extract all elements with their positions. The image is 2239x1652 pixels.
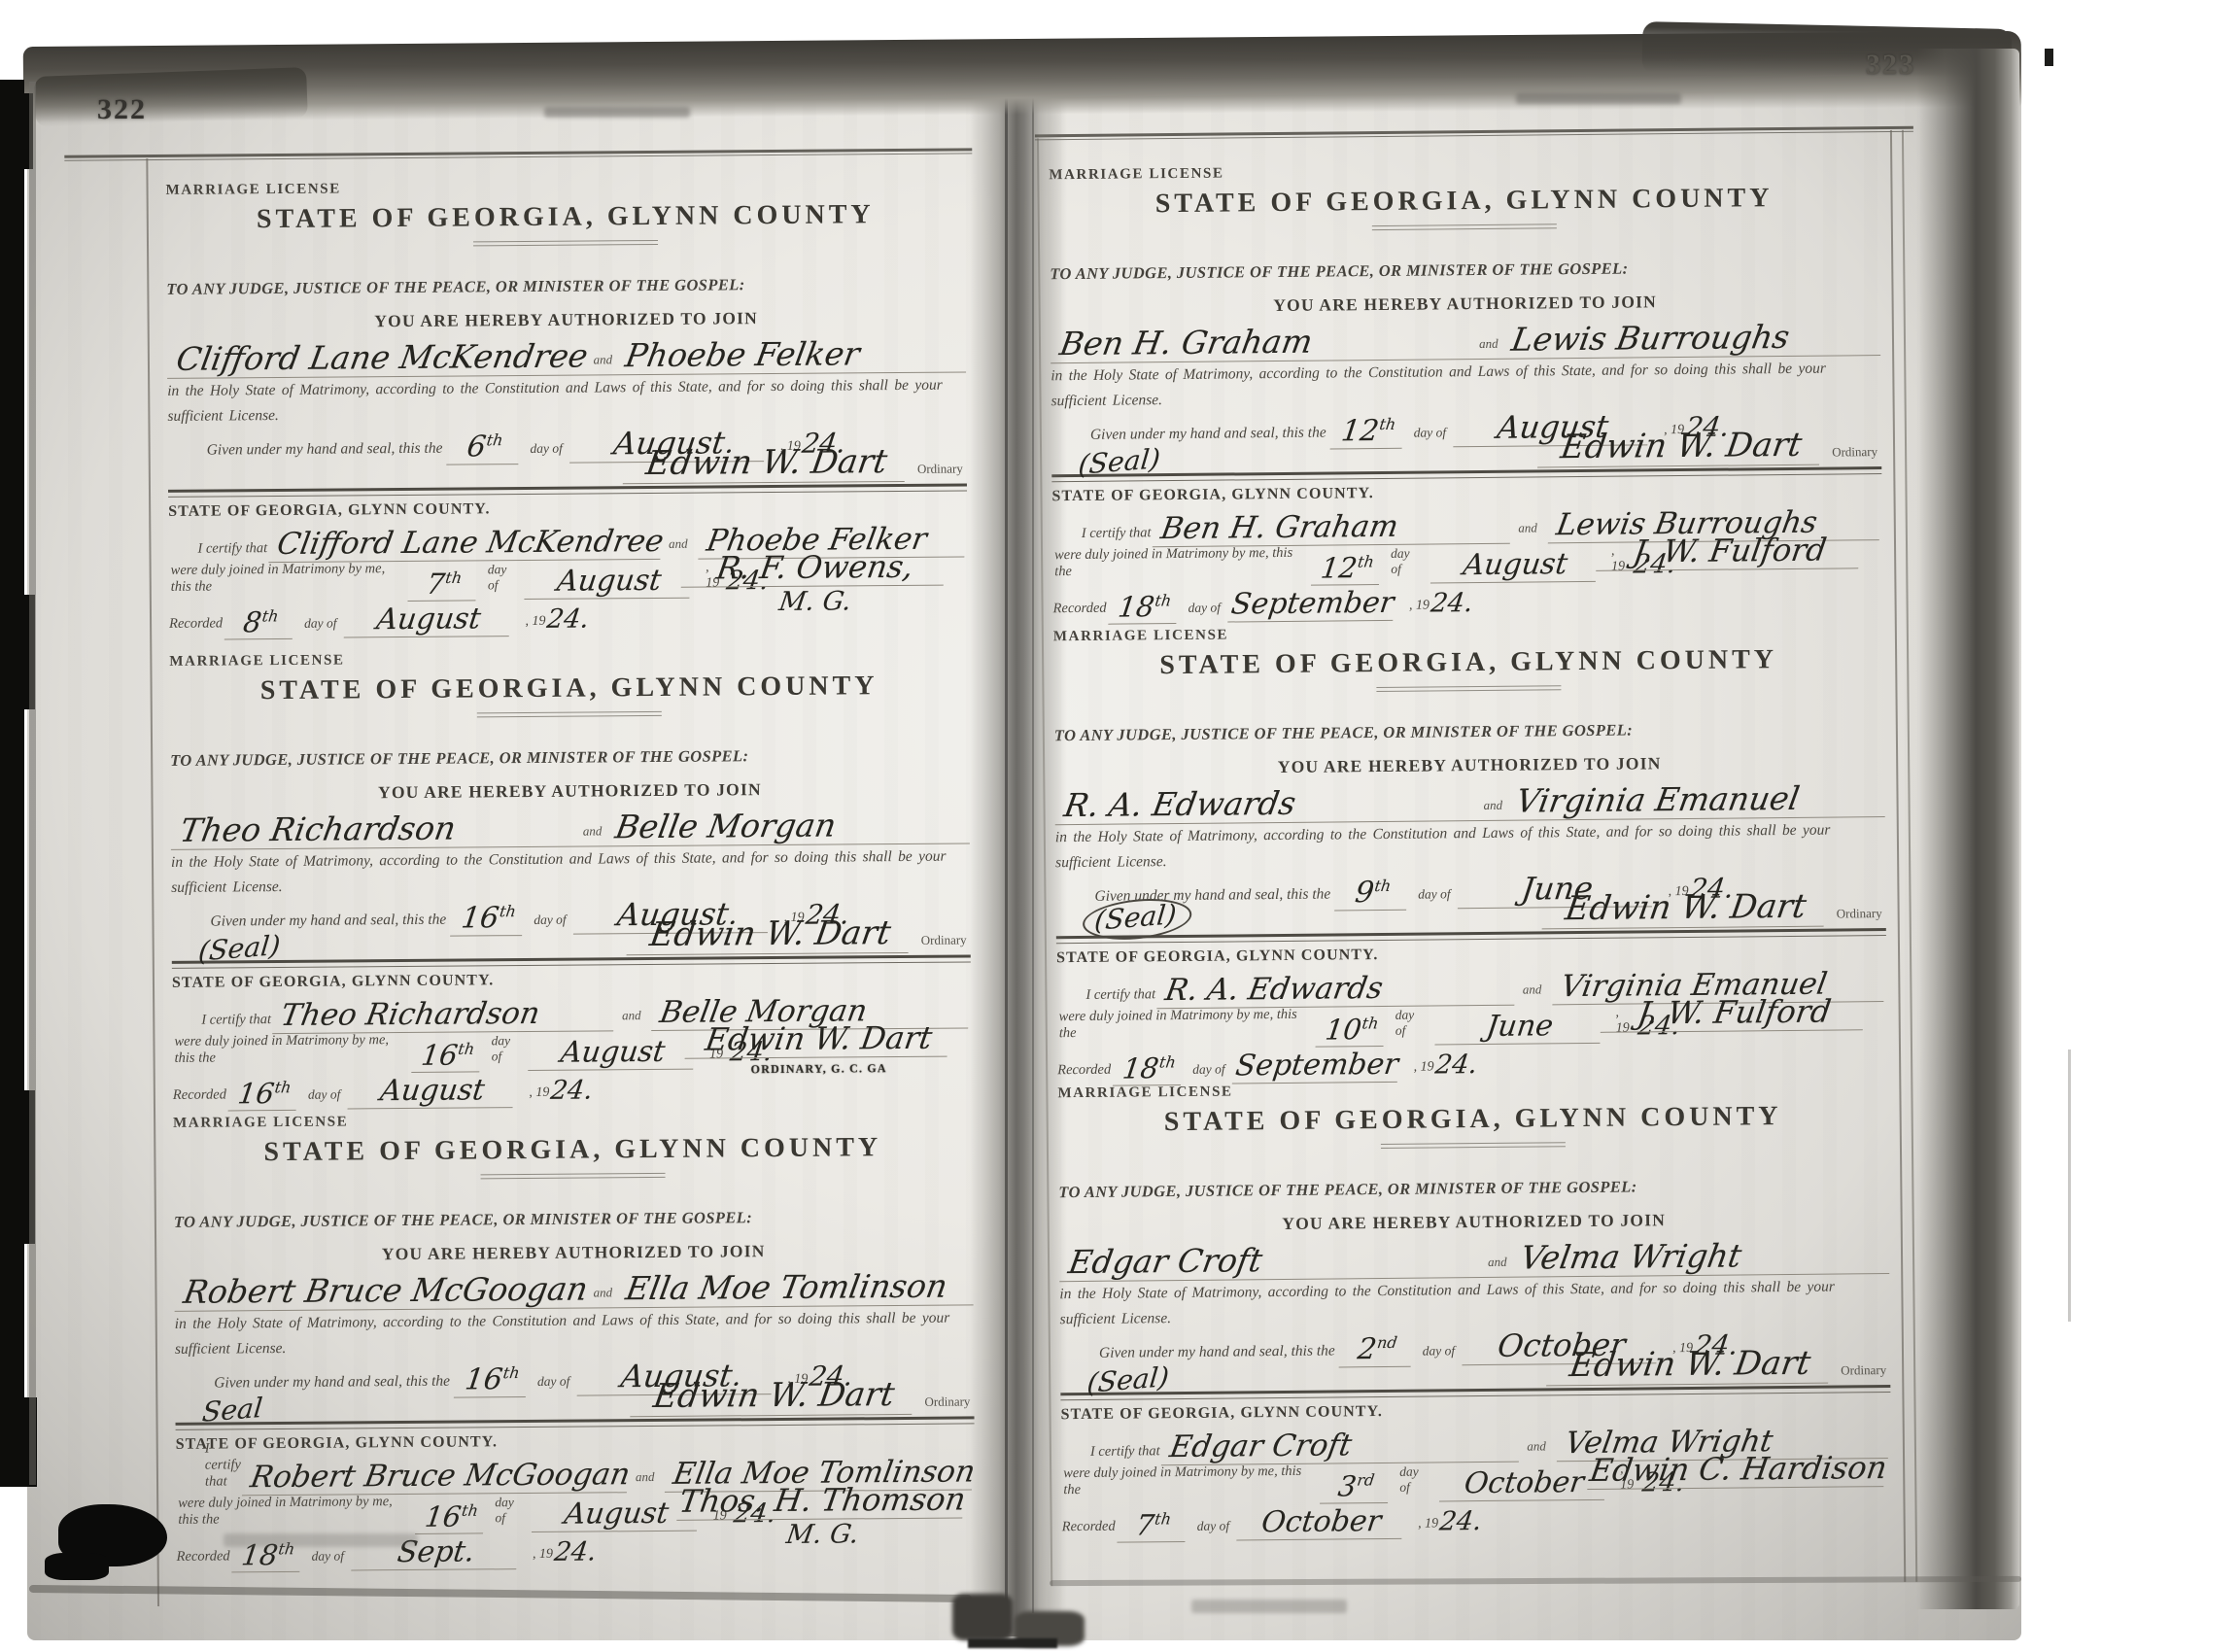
day-of-label: day of bbox=[1404, 425, 1457, 446]
groom-name: Clifford Lane McKendree bbox=[164, 336, 591, 377]
recorded-month: August bbox=[344, 602, 514, 637]
license-record: MARRIAGE LICENSE STATE OF GEORGIA, GLYNN… bbox=[173, 1109, 976, 1569]
seal-note: (Seal) bbox=[197, 929, 282, 967]
recorded-day-of-label: day of bbox=[1188, 1518, 1240, 1539]
heading-rule bbox=[473, 240, 658, 246]
officiant-stamp bbox=[672, 1552, 974, 1554]
officiant-signature: Thos. H. Thomson bbox=[676, 1480, 968, 1520]
groom-name: Robert Bruce McGoogan bbox=[171, 1270, 591, 1311]
heading-rule bbox=[481, 1173, 666, 1179]
ordinary-signature: Edwin W. Dart bbox=[630, 1375, 917, 1417]
state-county-heading: STATE OF GEORGIA, GLYNN COUNTY bbox=[166, 198, 965, 235]
couple-names-line: Robert Bruce McGoogan and Ella Moe Tomli… bbox=[174, 1261, 973, 1311]
faint-stamp-smudge-left bbox=[224, 1533, 418, 1547]
recorded-year: 24. bbox=[1430, 588, 1475, 618]
right-page-number: 323 bbox=[1866, 49, 1915, 82]
bride-name: Velma Wright bbox=[1517, 1235, 1892, 1277]
license-day-suffix: th bbox=[1378, 415, 1396, 433]
married-day: 16th bbox=[411, 1038, 484, 1073]
married-day: 7th bbox=[408, 567, 481, 602]
officiant-credential: M. G. bbox=[663, 585, 969, 617]
heading-rule bbox=[1376, 685, 1561, 692]
bride-name: Lewis Burroughs bbox=[1508, 317, 1883, 359]
officiant-signature-block: R. F. Owens, M. G. bbox=[664, 547, 966, 621]
scan-corner-mark bbox=[2045, 49, 2053, 66]
couple-names-line: Clifford Lane McKendree and Phoebe Felke… bbox=[167, 328, 966, 378]
ordinary-signature: Edwin W. Dart bbox=[623, 442, 911, 484]
heading-rule bbox=[477, 711, 662, 717]
matrimony-clause: in the Holy State of Matrimony, accordin… bbox=[167, 376, 966, 399]
ordinary-label: Ordinary bbox=[1837, 906, 1882, 926]
section-label: MARRIAGE LICENSE bbox=[166, 176, 965, 198]
married-day-suffix: rd bbox=[1356, 1470, 1375, 1489]
license-day: 12th bbox=[1329, 414, 1406, 450]
state-county-heading: STATE OF GEORGIA, GLYNN COUNTY bbox=[170, 670, 969, 706]
recorded-month: October bbox=[1237, 1504, 1407, 1541]
officiant-stamp: ORDINARY, G. C. GA bbox=[669, 1060, 970, 1077]
faint-stamp-smudge-right bbox=[1191, 1600, 1347, 1613]
certified-groom-name: R. A. Edwards bbox=[1156, 970, 1520, 1010]
groom-name: R. A. Edwards bbox=[1051, 782, 1480, 824]
license-day-number: 9 bbox=[1353, 876, 1376, 910]
recorded-year: 24. bbox=[1434, 1050, 1480, 1080]
matrimony-clause: in the Holy State of Matrimony, accordin… bbox=[175, 1309, 974, 1332]
ordinary-label: Ordinary bbox=[1841, 1362, 1886, 1383]
joined-label: were duly joined in Matrimony by me, thi… bbox=[1052, 545, 1313, 586]
ordinary-signature: Edwin W. Dart bbox=[1542, 887, 1830, 930]
state-county-heading: STATE OF GEORGIA, GLYNN COUNTY bbox=[173, 1131, 972, 1168]
license-day-number: 16 bbox=[463, 1362, 504, 1396]
certify-label: I certify that bbox=[1056, 986, 1159, 1010]
matrimony-clause: in the Holy State of Matrimony, accordin… bbox=[1055, 821, 1885, 846]
certified-groom-name: Clifford Lane McKendree bbox=[268, 524, 666, 563]
license-day: 16th bbox=[450, 901, 527, 937]
certificate-heading: STATE OF GEORGIA, GLYNN COUNTY. bbox=[176, 1429, 975, 1453]
recorded-day: 8th bbox=[224, 605, 297, 640]
married-day-number: 12 bbox=[1319, 551, 1359, 584]
ordinary-signature: Edwin W. Dart bbox=[627, 913, 914, 955]
state-county-heading: STATE OF GEORGIA, GLYNN COUNTY bbox=[1049, 182, 1878, 221]
right-page: MARRIAGE LICENSE STATE OF GEORGIA, GLYNN… bbox=[1034, 72, 1931, 1626]
recorded-day: 16th bbox=[228, 1077, 301, 1112]
left-page-number: 322 bbox=[97, 93, 147, 126]
ordinary-label: Ordinary bbox=[1832, 444, 1877, 465]
scan-left-edge-line bbox=[29, 82, 36, 1485]
recorded-day-number: 18 bbox=[1117, 590, 1156, 623]
ordinary-label: Ordinary bbox=[917, 461, 963, 481]
bride-name: Phoebe Felker bbox=[623, 333, 969, 374]
seal-note: (Seal) bbox=[1077, 442, 1161, 481]
ordinary-signature-group: Edwin W. Dart Ordinary bbox=[630, 912, 967, 955]
recorded-year: 24. bbox=[1438, 1506, 1484, 1536]
married-day-number: 16 bbox=[420, 1039, 460, 1072]
bride-name: Virginia Emanuel bbox=[1513, 778, 1888, 820]
recorded-date-line: Recorded 7th day of October , 19 24. bbox=[1061, 1497, 1684, 1540]
certify-label: I certify that bbox=[1052, 525, 1155, 548]
recorded-label: Recorded bbox=[1062, 1519, 1119, 1541]
license-day-number: 16 bbox=[460, 901, 501, 935]
recorded-day-suffix: th bbox=[274, 1078, 293, 1096]
ordinary-signature-group: Edwin W. Dart Ordinary bbox=[633, 1374, 970, 1417]
recorded-month: August bbox=[348, 1073, 518, 1109]
recorded-label: Recorded bbox=[169, 615, 226, 637]
certified-groom-name: Edgar Croft bbox=[1160, 1427, 1524, 1466]
salutation-line: TO ANY JUDGE, JUSTICE OF THE PEACE, OR M… bbox=[170, 744, 969, 770]
heading-rule bbox=[1381, 1142, 1566, 1149]
recorded-day: 18th bbox=[1108, 590, 1181, 625]
officiant-signature-block: J. W. Fulford bbox=[1579, 531, 1880, 575]
state-county-heading: STATE OF GEORGIA, GLYNN COUNTY bbox=[1053, 643, 1883, 682]
ordinary-signature-group: Edwin W. Dart Ordinary bbox=[626, 441, 963, 484]
day-of-label: day of bbox=[528, 1374, 580, 1394]
seal-note: (Seal) bbox=[1085, 1360, 1170, 1399]
recorded-year-printed: , 19 bbox=[515, 1085, 549, 1106]
married-day-of-label: day of bbox=[1381, 545, 1432, 582]
married-month: August bbox=[1430, 547, 1601, 584]
section-label: MARRIAGE LICENSE bbox=[169, 647, 968, 670]
married-month: June bbox=[1434, 1009, 1604, 1046]
ordinary-signature: Edwin W. Dart bbox=[1546, 1344, 1834, 1387]
scan-bottom-left-blot-2 bbox=[45, 1553, 109, 1580]
recorded-day-number: 18 bbox=[1120, 1051, 1160, 1084]
day-of-label: day of bbox=[1408, 886, 1461, 908]
married-day-of-label: day of bbox=[1390, 1463, 1441, 1500]
recorded-day-number: 16 bbox=[236, 1077, 276, 1110]
couple-names-line: Theo Richardson and Belle Morgan bbox=[171, 800, 970, 849]
seal-note: Seal bbox=[201, 1392, 264, 1428]
married-day-number: 16 bbox=[423, 1500, 463, 1533]
and-label: and bbox=[1482, 1255, 1521, 1277]
left-page-top-rule bbox=[64, 148, 972, 160]
recorded-day-of-label: day of bbox=[1179, 600, 1231, 621]
and-label: and bbox=[1473, 336, 1512, 359]
license-day-number: 6 bbox=[465, 430, 488, 464]
matrimony-clause: in the Holy State of Matrimony, accordin… bbox=[1059, 1278, 1889, 1303]
recorded-day: 7th bbox=[1117, 1508, 1189, 1543]
scan-top-shadow-right bbox=[1641, 21, 2012, 82]
matrimony-clause: in the Holy State of Matrimony, accordin… bbox=[1051, 360, 1880, 385]
recorded-year: 24. bbox=[545, 603, 591, 634]
certify-and-label: and bbox=[616, 1008, 655, 1031]
couple-names-line: R. A. Edwards and Virginia Emanuel bbox=[1054, 774, 1884, 825]
salutation-line: TO ANY JUDGE, JUSTICE OF THE PEACE, OR M… bbox=[1058, 1175, 1888, 1202]
ordinary-label: Ordinary bbox=[921, 932, 967, 952]
day-of-label: day of bbox=[524, 912, 576, 933]
salutation-line: TO ANY JUDGE, JUSTICE OF THE PEACE, OR M… bbox=[166, 273, 965, 298]
license-record: MARRIAGE LICENSE STATE OF GEORGIA, GLYNN… bbox=[169, 647, 972, 1108]
recorded-year: 24. bbox=[553, 1536, 599, 1566]
recorded-year: 24. bbox=[549, 1075, 595, 1105]
scan-bottom-center-blot-3 bbox=[968, 1638, 1057, 1648]
recorded-day-of-label: day of bbox=[298, 1086, 351, 1107]
recorded-day-number: 7 bbox=[1134, 1508, 1156, 1541]
certified-groom-name: Robert Bruce McGoogan bbox=[242, 1457, 633, 1496]
couple-names-line: Edgar Croft and Velma Wright bbox=[1059, 1230, 1889, 1282]
license-day: 2nd bbox=[1338, 1332, 1415, 1368]
recorded-day-suffix: th bbox=[1158, 1052, 1177, 1071]
gutter-crease-line bbox=[1005, 58, 1008, 1623]
officiant-signature: Edwin C. Hardison bbox=[1588, 1449, 1890, 1490]
and-label: and bbox=[1478, 798, 1517, 820]
recorded-label: Recorded bbox=[173, 1086, 230, 1108]
certificate-heading: STATE OF GEORGIA, GLYNN COUNTY. bbox=[168, 497, 967, 520]
officiant-signature: J. W. Fulford bbox=[1601, 992, 1869, 1033]
ordinary-signature-group: Edwin W. Dart Ordinary bbox=[1549, 1343, 1886, 1386]
given-under-label: Given under my hand and seal, this the bbox=[171, 912, 452, 936]
recorded-label: Recorded bbox=[177, 1548, 234, 1569]
license-day-suffix: th bbox=[499, 902, 517, 920]
officiant-signature: Edwin W. Dart bbox=[685, 1019, 953, 1059]
license-record: MARRIAGE LICENSE STATE OF GEORGIA, GLYNN… bbox=[1053, 621, 1887, 1084]
officiant-signature: J. W. Fulford bbox=[1596, 531, 1864, 571]
officiant-signature-block: Edwin C. Hardison bbox=[1588, 1449, 1889, 1494]
matrimony-clause: in the Holy State of Matrimony, accordin… bbox=[171, 847, 970, 871]
officiant-stamp bbox=[665, 619, 966, 621]
and-label: and bbox=[588, 1285, 627, 1307]
right-page-edge-rule-inner bbox=[1902, 130, 1917, 1582]
married-day-of-label: day of bbox=[478, 562, 528, 598]
license-record: MARRIAGE LICENSE STATE OF GEORGIA, GLYNN… bbox=[166, 176, 969, 637]
recorded-day-of-label: day of bbox=[1183, 1061, 1235, 1083]
married-day-of-label: day of bbox=[482, 1033, 532, 1069]
recorded-day-suffix: th bbox=[261, 606, 280, 625]
certify-and-label: and bbox=[1512, 520, 1551, 543]
left-page: MARRIAGE LICENSE STATE OF GEORGIA, GLYNN… bbox=[62, 84, 997, 1635]
recorded-year-printed: , 19 bbox=[1399, 1059, 1433, 1080]
section-label: MARRIAGE LICENSE bbox=[173, 1109, 972, 1131]
license-day: 9th bbox=[1334, 876, 1411, 912]
given-under-label: Given under my hand and seal, this the bbox=[1060, 1342, 1341, 1367]
joined-label: were duly joined in Matrimony by me, thi… bbox=[1057, 1007, 1318, 1048]
married-day-suffix: th bbox=[461, 1501, 479, 1520]
right-page-top-rule bbox=[1035, 126, 1913, 141]
married-month: October bbox=[1439, 1465, 1609, 1502]
recorded-date-line: Recorded 18th day of September , 19 24. bbox=[1057, 1041, 1680, 1084]
given-under-label: Given under my hand and seal, this the bbox=[168, 440, 449, 465]
bride-name: Ella Moe Tomlinson bbox=[623, 1266, 977, 1307]
certify-label: I certify that bbox=[168, 540, 271, 564]
ordinary-signature-group: Edwin W. Dart Ordinary bbox=[1540, 425, 1877, 467]
scan-bottom-center-blot bbox=[952, 1594, 1013, 1640]
officiant-stamp bbox=[1584, 1034, 1885, 1037]
joined-label: were duly joined in Matrimony by me, thi… bbox=[176, 1494, 417, 1533]
married-day-of-label: day of bbox=[1386, 1007, 1437, 1044]
groom-name: Edgar Croft bbox=[1056, 1239, 1485, 1281]
married-day-suffix: th bbox=[1357, 552, 1375, 570]
groom-name: Ben H. Graham bbox=[1048, 321, 1476, 362]
bride-name: Belle Morgan bbox=[612, 805, 973, 845]
license-day-suffix: th bbox=[485, 430, 503, 449]
joined-label: were duly joined in Matrimony by me, thi… bbox=[169, 561, 410, 601]
recorded-label: Recorded bbox=[1057, 1062, 1115, 1084]
and-label: and bbox=[588, 352, 627, 374]
groom-name: Theo Richardson bbox=[167, 809, 580, 849]
and-label: and bbox=[577, 823, 616, 845]
recorded-day-of-label: day of bbox=[294, 615, 347, 636]
couple-names-line: Ben H. Graham and Lewis Burroughs bbox=[1051, 312, 1880, 363]
ordinary-signature-group: Edwin W. Dart Ordinary bbox=[1544, 886, 1881, 929]
recorded-year-printed: , 19 bbox=[519, 1547, 553, 1567]
officiant-signature: R. F. Owens, bbox=[681, 548, 949, 588]
officiant-stamp bbox=[1588, 1491, 1889, 1494]
officiant-signature-block: Thos. H. Thomson M. G. bbox=[672, 1480, 974, 1554]
scan-top-shadow-left bbox=[34, 67, 308, 127]
license-day: 6th bbox=[446, 430, 523, 465]
married-day-of-label: day of bbox=[485, 1495, 534, 1531]
certify-and-label: and bbox=[630, 1469, 669, 1493]
married-day: 3rd bbox=[1320, 1469, 1393, 1504]
certify-label: I certify that bbox=[176, 1440, 245, 1497]
recorded-day-number: 8 bbox=[241, 605, 263, 638]
officiant-signature-block: J. W. Fulford bbox=[1583, 992, 1884, 1037]
married-day-suffix: th bbox=[457, 1040, 475, 1058]
ordinary-signature: Edwin W. Dart bbox=[1537, 426, 1825, 468]
certified-groom-name: Theo Richardson bbox=[272, 995, 619, 1034]
recorded-year-printed: , 19 bbox=[1404, 1516, 1438, 1536]
officiant-credential: M. G. bbox=[670, 1518, 976, 1550]
printer-imprint-smudge-left bbox=[544, 107, 690, 118]
license-day-number: 2 bbox=[1356, 1332, 1379, 1366]
license-record: MARRIAGE LICENSE STATE OF GEORGIA, GLYNN… bbox=[1057, 1078, 1891, 1540]
married-day: 10th bbox=[1316, 1013, 1389, 1048]
married-day-suffix: th bbox=[444, 568, 463, 587]
license-day: 16th bbox=[454, 1362, 531, 1398]
certificate-heading: STATE OF GEORGIA, GLYNN COUNTY. bbox=[172, 968, 971, 991]
joined-label: were duly joined in Matrimony by me, thi… bbox=[1061, 1463, 1322, 1504]
joined-label: were duly joined in Matrimony by me, thi… bbox=[172, 1032, 413, 1072]
certify-label: I certify that bbox=[172, 1012, 275, 1035]
married-day: 16th bbox=[415, 1499, 488, 1534]
recorded-date-line: Recorded 18th day of September , 19 24. bbox=[1052, 579, 1675, 622]
section-label: MARRIAGE LICENSE bbox=[1049, 159, 1878, 184]
married-day: 12th bbox=[1311, 551, 1384, 586]
left-page-margin-rule bbox=[146, 158, 159, 1606]
recorded-day-suffix: th bbox=[1154, 1509, 1172, 1528]
day-of-label: day of bbox=[520, 441, 572, 462]
salutation-line: TO ANY JUDGE, JUSTICE OF THE PEACE, OR M… bbox=[1054, 718, 1884, 745]
given-under-label: Given under my hand and seal, this the bbox=[1051, 424, 1332, 449]
recorded-day: 18th bbox=[1113, 1051, 1186, 1086]
certified-groom-name: Ben H. Graham bbox=[1152, 508, 1515, 548]
certify-and-label: and bbox=[1517, 981, 1556, 1005]
given-under-label: Given under my hand and seal, this the bbox=[175, 1373, 456, 1397]
scan-left-tear-artifact bbox=[0, 80, 24, 1487]
gutter-crease-line-2 bbox=[1032, 68, 1034, 1613]
recorded-day-of-label: day of bbox=[302, 1548, 355, 1568]
certify-and-label: and bbox=[1521, 1438, 1560, 1462]
officiant-signature-block: Edwin W. Dart ORDINARY, G. C. GA bbox=[668, 1018, 969, 1077]
license-day-suffix: th bbox=[1373, 877, 1392, 895]
printer-imprint-smudge-right bbox=[1516, 93, 1681, 104]
recorded-year-printed: , 19 bbox=[1395, 599, 1430, 619]
license-day-suffix: nd bbox=[1376, 1333, 1398, 1352]
ordinary-label: Ordinary bbox=[924, 1394, 970, 1414]
recorded-day-suffix: th bbox=[1154, 591, 1172, 609]
recorded-month: September bbox=[1228, 586, 1398, 623]
state-county-heading: STATE OF GEORGIA, GLYNN COUNTY bbox=[1058, 1100, 1888, 1139]
license-record: MARRIAGE LICENSE STATE OF GEORGIA, GLYNN… bbox=[1049, 159, 1882, 622]
scanned-marriage-register-spread: MARRIAGE LICENSE STATE OF GEORGIA, GLYNN… bbox=[0, 0, 2239, 1652]
officiant-stamp bbox=[1579, 572, 1880, 575]
heading-rule bbox=[1372, 224, 1557, 230]
section-label: MARRIAGE LICENSE bbox=[1053, 621, 1883, 645]
recorded-label: Recorded bbox=[1053, 601, 1111, 623]
married-day-number: 10 bbox=[1324, 1013, 1363, 1046]
day-of-label: day of bbox=[1413, 1343, 1465, 1364]
recorded-month: September bbox=[1232, 1048, 1402, 1084]
license-day-number: 12 bbox=[1339, 414, 1381, 448]
married-day-suffix: th bbox=[1361, 1014, 1380, 1032]
certify-label: I certify that bbox=[1061, 1443, 1164, 1466]
license-day-suffix: th bbox=[501, 1363, 520, 1382]
recorded-year-printed: , 19 bbox=[511, 614, 545, 635]
salutation-line: TO ANY JUDGE, JUSTICE OF THE PEACE, OR M… bbox=[1050, 257, 1879, 284]
scan-margin-streak bbox=[2068, 1050, 2071, 1322]
salutation-line: TO ANY JUDGE, JUSTICE OF THE PEACE, OR M… bbox=[174, 1206, 973, 1231]
